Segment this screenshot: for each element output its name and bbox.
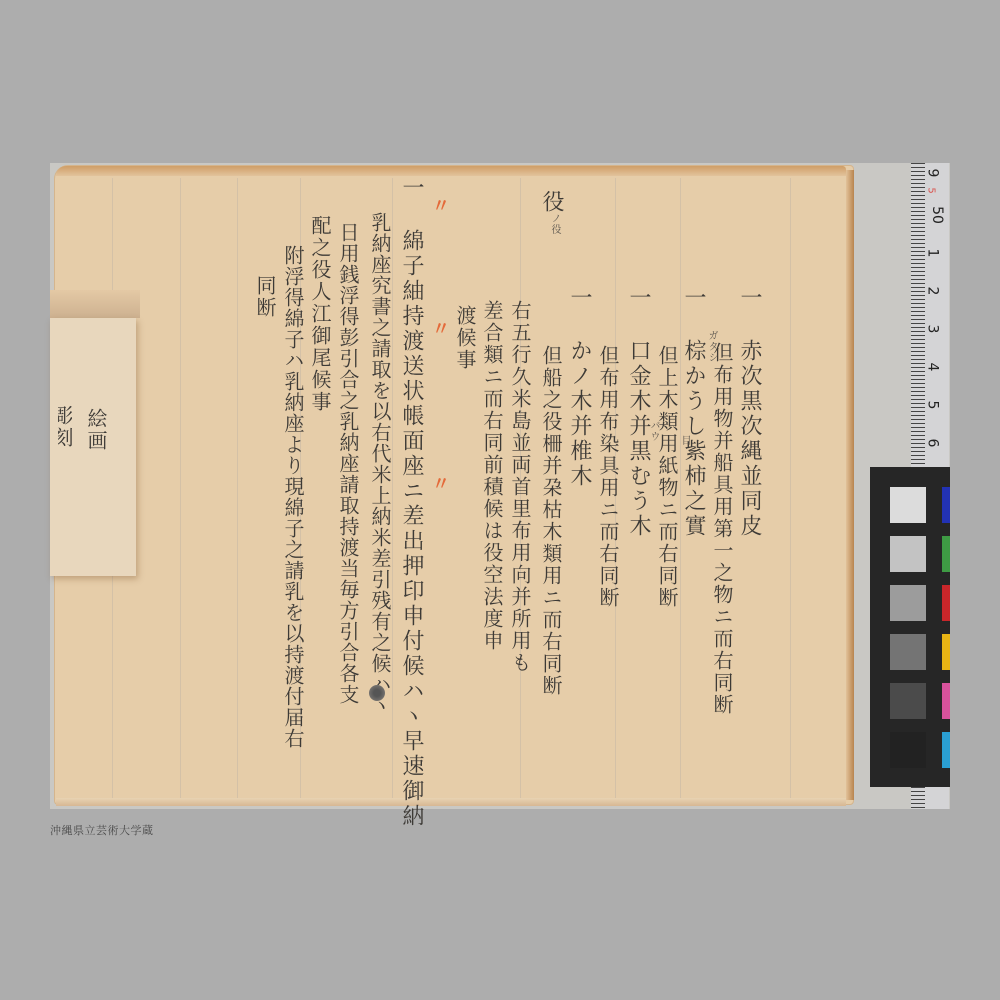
text-column: 但布用物并船具用第一之物ニ而右同断 [712, 342, 732, 716]
ruler-label: 2 [924, 287, 940, 296]
blue-patch [942, 487, 950, 523]
cyan-patch [942, 732, 950, 768]
page-bottom-edge [56, 798, 846, 806]
gray-patch [890, 487, 926, 523]
ruler-label: 5 [926, 187, 937, 193]
ruler-label: 4 [924, 363, 940, 372]
ruler-label: 50 [929, 206, 945, 224]
text-column: 右五行久米島並両首里布用向并所用も [510, 300, 530, 674]
heading-gloss: ノ役 [549, 213, 559, 235]
text-column: 渡候事 [455, 305, 475, 371]
text-column: 一 棕かうし紫柿之實 [682, 286, 704, 539]
yellow-patch [942, 634, 950, 670]
text-column: 配之役人江御尾候事 [310, 215, 330, 413]
gray-patch [890, 585, 926, 621]
gray-patch [890, 536, 926, 572]
text-column: 同断 [255, 275, 275, 319]
text-column: 一 かノ木并椎木 [568, 286, 590, 489]
margin-mark: 〃 [432, 470, 450, 496]
ruler-label: 6 [924, 439, 940, 448]
text-column: 乳納座究書之請取を以右代米上納米差引残有之候ハヽ [370, 212, 390, 716]
text-column: 一 赤次黒次縄並同皮 [738, 286, 760, 539]
green-patch [942, 536, 950, 572]
text-column: 一 口金木并黒むう木 [627, 286, 649, 539]
ruler-label: 5 [924, 401, 940, 410]
text-column: 但布用布染具用ニ而右同断 [598, 345, 618, 609]
gray-patch [890, 683, 926, 719]
margin-mark: 〃 [432, 192, 450, 218]
text-column: 但上木類用紙物ニ而右同断 [657, 345, 677, 609]
collection-caption: 沖縄県立芸術大学蔵 [50, 822, 154, 838]
manuscript-page [54, 165, 854, 805]
ruby-annotation: ガタシ [706, 330, 716, 363]
ruler-label: 1 [924, 249, 940, 258]
gray-patch [890, 732, 926, 768]
ruler-label: 9 [924, 169, 940, 178]
text-column: 但船之役柵并朶枯木類用ニ而右同断 [541, 345, 561, 697]
page-top-edge [56, 166, 846, 176]
text-column: 差合類ニ而右同前積候は役空法度申 [482, 300, 502, 652]
magenta-patch [942, 683, 950, 719]
flap-shadow [50, 290, 140, 318]
ruby-annotation: バウ [648, 420, 658, 442]
red-patch [942, 585, 950, 621]
heading: 役 [540, 190, 562, 215]
ruled-line [392, 178, 393, 798]
ruled-line [180, 178, 181, 798]
gray-patch [890, 634, 926, 670]
ruled-line [237, 178, 238, 798]
text-column: 一 綿子紬持渡送状帳面座ニ差出押印申付候ハヽ早速御納 [400, 176, 422, 829]
ruby-annotation: 目 [679, 435, 689, 446]
page-right-edge [846, 170, 854, 800]
text-column: 附浮得綿子ハ乳納座より現綿子之請乳を以持渡付届右 [283, 245, 303, 749]
color-calibration-chart [870, 467, 950, 787]
ruler-label: 3 [924, 325, 940, 334]
flap-text-kaiga: 絵画 [86, 408, 106, 452]
ink-blot [369, 685, 385, 701]
margin-mark: 〃 [432, 315, 450, 341]
ruled-line [790, 178, 791, 798]
text-column: 日用銭浮得彭引合之乳納座請取持渡当毎方引合各支 [338, 222, 358, 705]
